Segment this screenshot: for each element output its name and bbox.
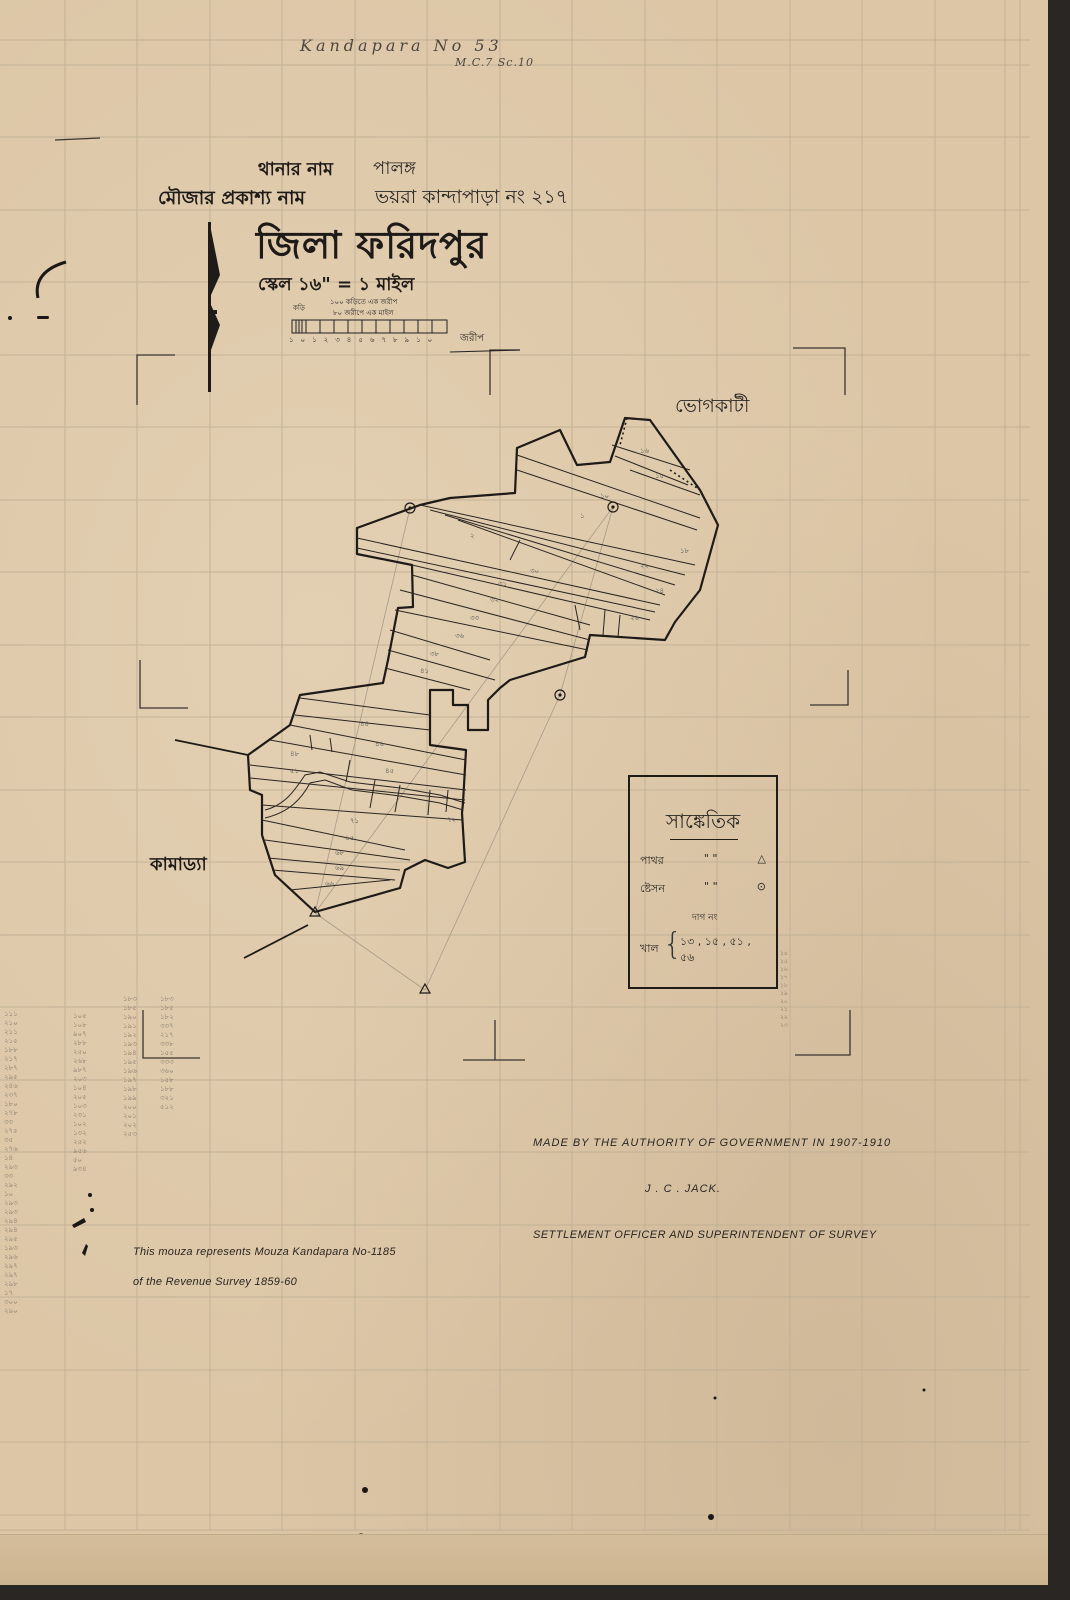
station-circle-icon: ⊙ (757, 880, 766, 899)
neighbor-label-west: কামাড্যা (150, 850, 207, 881)
parcel-label: ১৫ (655, 470, 664, 482)
authority-text: MADE BY THE AUTHORITY OF GOVERNMENT IN 1… (533, 1137, 891, 1149)
parcel-label: ৩২ (490, 594, 499, 606)
scale-bar-unit: জরীপ (460, 331, 484, 348)
parcel-label: ৬৫ (345, 832, 354, 844)
handwritten-subtitle: M.C.7 Sc.10 (455, 56, 534, 69)
parcel-label: ৩৮ (430, 648, 439, 660)
parcel-label: ৬৮ (335, 847, 344, 859)
mouza-value: ভয়রা কান্দাপাড়া নং ২১৭ (375, 183, 568, 215)
legend-ditto: " " (704, 852, 718, 871)
scale-side-label: কড়ি (293, 302, 305, 314)
parcel-label: ৬৯ (335, 862, 344, 874)
legend-title-underline (670, 839, 738, 840)
neighbor-label-north-east: ভোগকাটী (675, 392, 749, 424)
map-sheet: Kandapara No 53 M.C.7 Sc.10 থানার নাম পা… (0, 0, 1048, 1585)
north-arrow (208, 222, 220, 392)
parcel-label: ৩৩ (470, 612, 479, 624)
parcel-label: ৫১ (290, 765, 299, 777)
margin-table-col-3: ১৮৩ ১৮৫ ১৯০ ১৯১ ১৯২ ১৯৩ ১৯৪ ১৯৫ ১৯৬ ১৯৭ … (123, 995, 137, 1139)
parcel-label: ১৬ (640, 445, 649, 457)
parcel-label: ২৪ (655, 585, 664, 597)
bottom-handwritten-note: ৩২৫ S.O. (200, 1562, 260, 1582)
parcel-label: ৩৬ (455, 630, 464, 642)
legend-stone-label: পাথর (640, 852, 664, 871)
officer-name: J . C . JACK. (645, 1183, 721, 1195)
legend-box: সাঙ্কেতিক পাথর " " △ ষ্টেসন " " ⊙ দাগ নং… (628, 775, 778, 989)
mouza-note-line-1: This mouza represents Mouza Kandapara No… (133, 1246, 396, 1258)
ink-marks (8, 262, 926, 1546)
grid-lines (0, 0, 1030, 1530)
parcel-label: ৩১ (498, 578, 507, 590)
legend-dag-heading: দাগ নং (692, 910, 717, 925)
parcel-label: ১৮ (680, 545, 689, 557)
parcel-label: ২৬ (630, 612, 639, 624)
stone-triangle-icon: △ (758, 852, 766, 871)
legend-ditto: " " (704, 880, 718, 899)
survey-lines (315, 507, 613, 990)
margin-table-col-4: ১৮৩ ১৮৫ ১৮২ ৩৩৭ ২১৭ ৩৩৮ ১৫৫ ৩৩৩ ৩৬০ ১৫৮ … (160, 995, 174, 1112)
officer-title: SETTLEMENT OFFICER AND SUPERINTENDENT OF… (533, 1229, 877, 1241)
scale-bar-ticks: ১০১২৩৪৫৬৭৮৯১০ (289, 334, 439, 346)
mouza-note-line-2: of the Revenue Survey 1859-60 (133, 1276, 297, 1288)
parcel-label: ৪৪ (360, 718, 369, 730)
parcel-label: ৪৮ (290, 748, 299, 760)
margin-table-col-2: ১০৫ ১০৮ ৯০৭ ২৮৮ ২৫০ ২৬৮ ৯৮৭ ২০৩ ১০৪ ২০৫ … (73, 1012, 87, 1174)
scale-note-2: ৮০ জরীপে এক মাইল (333, 307, 393, 319)
parcel-label: ১ (580, 510, 585, 522)
parcel-label: ৪৬ (375, 738, 384, 750)
parcel-label: ৭১ (350, 815, 359, 827)
boundary-extensions (175, 740, 308, 958)
legend-row-station: ষ্টেসন " " ⊙ (640, 880, 766, 899)
handwritten-title: Kandapara No 53 (300, 36, 503, 55)
thana-value: পালঙ্গ (373, 154, 416, 185)
legend-khal-label: খাল (640, 940, 659, 959)
parcel-label: ৪১ (420, 665, 429, 677)
legend-row-stone: পাথর " " △ (640, 852, 766, 871)
map-canvas (0, 0, 1048, 1585)
legend-khal-values-2: ৫৬ (680, 949, 694, 968)
thana-label: থানার নাম (258, 155, 333, 186)
parcel-label: ৭২ (447, 814, 456, 826)
canal (265, 772, 465, 818)
margin-table-col-1: ১১১ ২১০ ২১১ ২১৫ ১৮৮ ২১৭ ২৮৭ ২৯৫ ২৪৬ ২৩৭ … (4, 1010, 18, 1316)
margin-table-right: ১৪ ১৫ ১৬ ১৭ ১৮ ১৯ ২০ ২১ ২২ ২৩ (780, 950, 788, 1030)
station-markers (405, 502, 618, 700)
parcel-label: ৪৫ (385, 765, 394, 777)
parcel-label: ৩০ (530, 565, 539, 577)
parcel-label: ২২ (640, 560, 649, 572)
stone-markers (310, 907, 430, 993)
mouza-label: মৌজার প্রকাশ্য নাম (158, 184, 305, 216)
legend-title: সাঙ্কেতিক (630, 807, 776, 840)
legend-station-label: ষ্টেসন (640, 880, 665, 899)
parcel-label: ১০ (600, 490, 609, 502)
parcel-label: ২ (470, 530, 475, 542)
parcel-label: ৬৬ (325, 878, 334, 890)
